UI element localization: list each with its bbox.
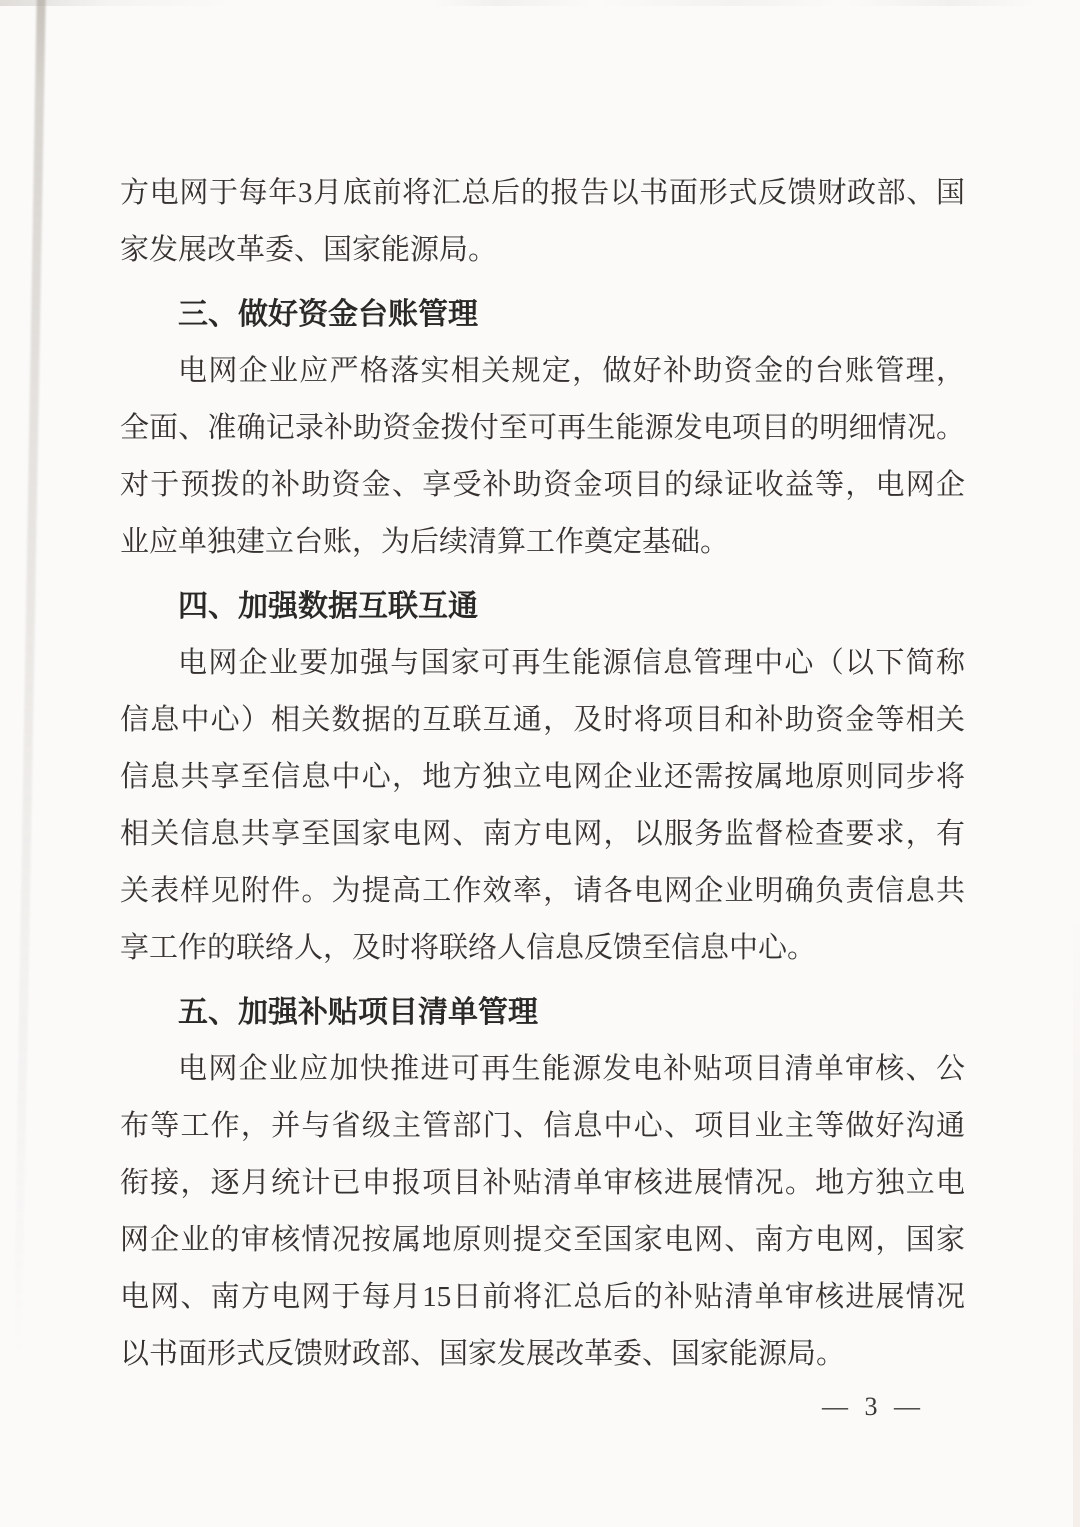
section-heading: 三、做好资金台账管理 xyxy=(120,286,965,343)
text-line: 关表样见附件。为提高工作效率，请各电网企业明确负责信息共 xyxy=(120,863,965,920)
text-line: 业应单独建立台账，为后续清算工作奠定基础。 xyxy=(120,514,965,571)
text-line: 方电网于每年3月底前将汇总后的报告以书面形式反馈财政部、国 xyxy=(120,165,965,222)
text-line: 电网、南方电网于每月15日前将汇总后的补贴清单审核进展情况 xyxy=(120,1269,965,1326)
text-line: 享工作的联络人，及时将联络人信息反馈至信息中心。 xyxy=(120,920,965,977)
section-heading: 四、加强数据互联互通 xyxy=(120,578,965,635)
text-line: 信息中心）相关数据的互联互通，及时将项目和补助资金等相关 xyxy=(120,692,965,749)
text-line: 衔接，逐月统计已申报项目补贴清单审核进展情况。地方独立电 xyxy=(120,1155,965,1212)
text-line: 以书面形式反馈财政部、国家发展改革委、国家能源局。 xyxy=(120,1326,965,1383)
text-line: 网企业的审核情况按属地原则提交至国家电网、南方电网，国家 xyxy=(120,1212,965,1269)
text-line: 电网企业要加强与国家可再生能源信息管理中心（以下简称 xyxy=(120,635,965,692)
section-heading: 五、加强补贴项目清单管理 xyxy=(120,984,965,1041)
scan-edge-artifact xyxy=(0,0,1080,6)
text-line: 对于预拨的补助资金、享受补助资金项目的绿证收益等，电网企 xyxy=(120,457,965,514)
page-fold-shadow xyxy=(13,0,46,1356)
text-line: 相关信息共享至国家电网、南方电网，以服务监督检查要求，有 xyxy=(120,806,965,863)
text-line: 家发展改革委、国家能源局。 xyxy=(120,222,965,279)
text-line: 电网企业应加快推进可再生能源发电补贴项目清单审核、公 xyxy=(120,1041,965,1098)
scan-right-edge-artifact xyxy=(1073,900,1080,1527)
document-page: 方电网于每年3月底前将汇总后的报告以书面形式反馈财政部、国 家发展改革委、国家能… xyxy=(0,0,1080,1527)
text-line: 信息共享至信息中心，地方独立电网企业还需按属地原则同步将 xyxy=(120,749,965,806)
page-number: — 3 — xyxy=(822,1392,925,1422)
text-line: 布等工作，并与省级主管部门、信息中心、项目业主等做好沟通 xyxy=(120,1098,965,1155)
document-body: 方电网于每年3月底前将汇总后的报告以书面形式反馈财政部、国 家发展改革委、国家能… xyxy=(120,165,965,1383)
text-line: 全面、准确记录补助资金拨付至可再生能源发电项目的明细情况。 xyxy=(120,400,965,457)
text-line: 电网企业应严格落实相关规定，做好补助资金的台账管理， xyxy=(120,343,965,400)
